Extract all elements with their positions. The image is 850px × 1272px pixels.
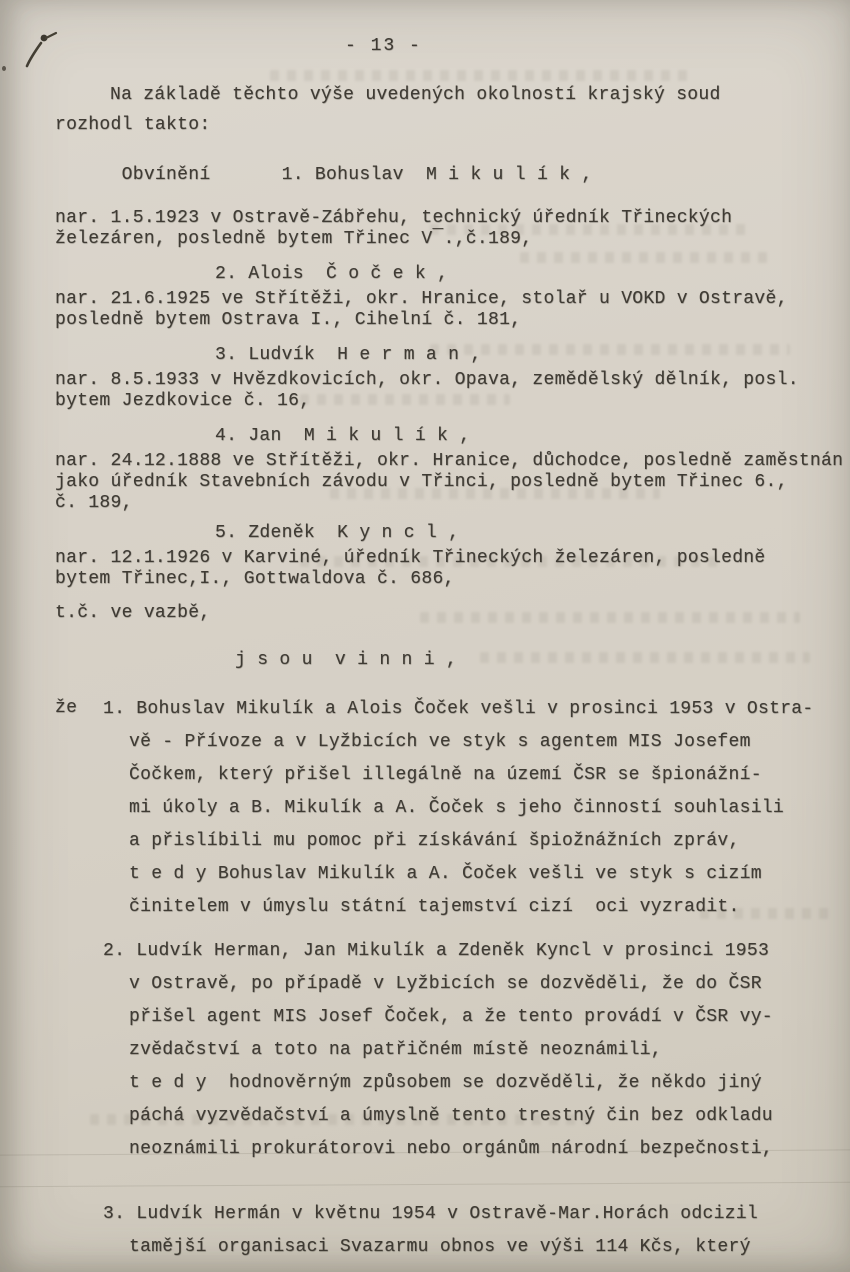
defendant-detail-line: bytem Třinec,I., Gottwaldova č. 686, [55,569,850,590]
defendant-5: 5. Zdeněk K y n c l , nar. 12.1.1926 v K… [55,522,850,590]
defendant-detail-line: jako úředník Stavebních závodu v Třinci,… [55,472,850,493]
defendant-detail-line: nar. 8.5.1933 v Hvězdkovicích, okr. Opav… [55,370,850,391]
defendant-2: 2. Alois Č o č e k , nar. 21.6.1925 ve S… [55,263,850,331]
charge-line: 3. Ludvík Hermán v květnu 1954 v Ostravě… [103,1198,850,1231]
charge-line: tamější organisaci Svazarmu obnos ve výš… [129,1231,850,1264]
defendant-1-row: Obvínění1. Bohuslav M i k u l í k , [55,142,850,208]
defendant-detail-line: bytem Jezdkovice č. 16, [55,391,850,412]
defendant-detail-line: nar. 24.12.1888 ve Střítěži, okr. Hranic… [55,451,850,472]
defendant-detail-line: nar. 21.6.1925 ve Střítěži, okr. Hranice… [55,289,850,310]
charge-line: mi úkoly a B. Mikulík a A. Čoček s jeho … [129,792,850,825]
charge-line: přišel agent MIS Josef Čoček, a že tento… [129,1001,850,1034]
charges-section: že 1. Bohuslav Mikulík a Alois Čoček veš… [55,693,850,1264]
defendant-3: 3. Ludvík H e r m a n , nar. 8.5.1933 v … [55,344,850,412]
defendant-detail-line: č. 189, [55,493,850,514]
charge-line: t e d y hodnověrným způsobem se dozvěděl… [129,1067,850,1100]
charge-line: 2. Ludvík Herman, Jan Mikulík a Zdeněk K… [103,935,850,968]
defendant-4-heading: 4. Jan M i k u l í k , [215,425,850,447]
intro-line: rozhodl takto: [55,115,850,136]
charges-list: 1. Bohuslav Mikulík a Alois Čoček vešli … [103,693,850,1264]
verdict-heading: j s o u v i n n i , [235,649,850,671]
defendant-detail-line: nar. 12.1.1926 v Karviné, úředník Třinec… [55,548,850,569]
document-content: - 13 - Na základě těchto výše uvedených … [55,36,850,1264]
defendant-1-details: nar. 1.5.1923 v Ostravě-Zábřehu, technic… [55,208,850,250]
conjunction-ze: že [55,698,77,718]
ink-speck [2,66,6,71]
defendant-detail-line: železáren, posledně bytem Třinec V¯.,č.1… [55,229,850,250]
charge-line: činitelem v úmyslu státní tajemství cizí… [129,891,850,924]
defendant-detail-line: posledně bytem Ostrava I., Cihelní č. 18… [55,310,850,331]
charge-line: Čočkem, který přišel illegálně na území … [129,759,850,792]
charge-1-tedy-clause: t e d y Bohuslav Mikulík a A. Čoček vešl… [129,858,850,924]
charge-line: a přislíbili mu pomoc při získávání špio… [129,825,850,858]
charge-2: 2. Ludvík Herman, Jan Mikulík a Zdeněk K… [103,935,850,1166]
accused-label: Obvínění [122,164,282,186]
custody-note: t.č. ve vazbě, [55,603,850,624]
charge-line: v Ostravě, po případě v Lyžbicích se doz… [129,968,850,1001]
page-number: - 13 - [345,36,850,57]
charge-line: neoznámili prokurátorovi nebo orgánům ná… [129,1133,850,1166]
defendant-detail-line: nar. 1.5.1923 v Ostravě-Zábřehu, technic… [55,208,850,229]
charge-line: t e d y Bohuslav Mikulík a A. Čoček vešl… [129,858,850,891]
charge-line: 1. Bohuslav Mikulík a Alois Čoček vešli … [103,693,850,726]
defendant-3-heading: 3. Ludvík H e r m a n , [215,344,850,366]
charge-2-tedy-clause: t e d y hodnověrným způsobem se dozvěděl… [129,1067,850,1166]
intro-paragraph: Na základě těchto výše uvedených okolnos… [55,85,850,136]
charge-3: 3. Ludvík Hermán v květnu 1954 v Ostravě… [103,1198,850,1264]
defendant-5-heading: 5. Zdeněk K y n c l , [215,522,850,544]
charge-1: 1. Bohuslav Mikulík a Alois Čoček vešli … [103,693,850,924]
scanned-court-document-page: - 13 - Na základě těchto výše uvedených … [0,0,850,1272]
defendant-4: 4. Jan M i k u l í k , nar. 24.12.1888 v… [55,425,850,514]
defendant-1-heading: 1. Bohuslav M i k u l í k , [282,165,593,185]
charge-line: páchá vyzvědačství a úmyslně tento trest… [129,1100,850,1133]
charge-line: vě - Přívoze a v Lyžbicích ve styk s age… [129,726,850,759]
defendant-2-heading: 2. Alois Č o č e k , [215,263,850,285]
intro-line: Na základě těchto výše uvedených okolnos… [110,85,850,106]
charge-line: zvědačství a toto na patřičném místě neo… [129,1034,850,1067]
